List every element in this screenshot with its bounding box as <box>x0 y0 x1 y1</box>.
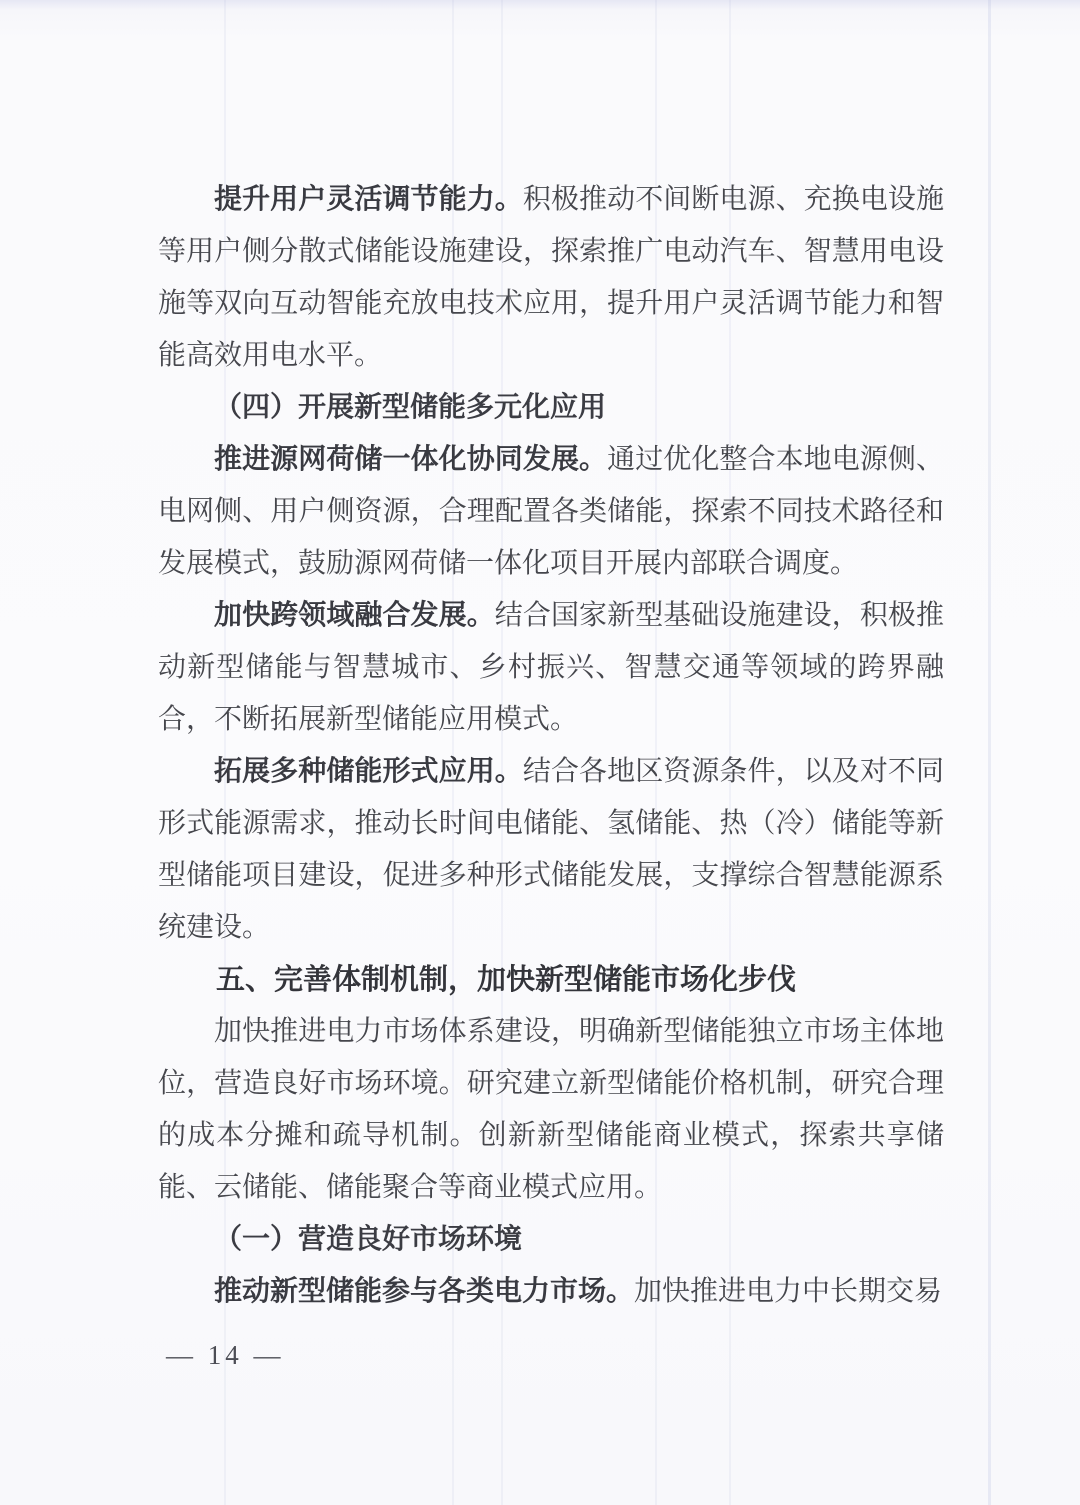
paragraph-lead: 推进源网荷储一体化协同发展。 <box>214 444 607 475</box>
paragraph: 加快跨领域融合发展。结合国家新型基础设施建设，积极推动新型储能与智慧城市、乡村振… <box>158 590 944 746</box>
paragraph-lead: 推动新型储能参与各类电力市场。 <box>214 1276 634 1307</box>
paragraph: 拓展多种储能形式应用。结合各地区资源条件，以及对不同形式能源需求，推动长时间电储… <box>158 746 944 954</box>
paragraph: 提升用户灵活调节能力。积极推动不间断电源、充换电设施等用户侧分散式储能设施建设，… <box>158 174 944 382</box>
paragraph-lead: 提升用户灵活调节能力。 <box>214 184 523 215</box>
paragraph: 推进源网荷储一体化协同发展。通过优化整合本地电源侧、电网侧、用户侧资源，合理配置… <box>158 434 944 590</box>
paragraph-lead: 加快跨领域融合发展。 <box>214 600 495 631</box>
section-subheading: （一）营造良好市场环境 <box>158 1214 944 1266</box>
section-subheading: （四）开展新型储能多元化应用 <box>158 382 944 434</box>
section-heading: 五、完善体制机制，加快新型储能市场化步伐 <box>158 954 944 1006</box>
document-text-block: 提升用户灵活调节能力。积极推动不间断电源、充换电设施等用户侧分散式储能设施建设，… <box>158 174 944 1318</box>
paragraph-text: 加快推进电力中长期交易 <box>634 1276 942 1307</box>
paragraph-lead: 拓展多种储能形式应用。 <box>214 756 523 787</box>
paragraph: 加快推进电力市场体系建设，明确新型储能独立市场主体地位，营造良好市场环境。研究建… <box>158 1006 944 1214</box>
scan-artifact-line <box>988 0 991 1505</box>
scanned-document-page: 提升用户灵活调节能力。积极推动不间断电源、充换电设施等用户侧分散式储能设施建设，… <box>0 0 1080 1505</box>
paragraph: 推动新型储能参与各类电力市场。加快推进电力中长期交易 <box>158 1266 944 1318</box>
page-number: — 14 — <box>166 1340 285 1371</box>
paragraph-text: 加快推进电力市场体系建设，明确新型储能独立市场主体地位，营造良好市场环境。研究建… <box>158 1016 944 1203</box>
